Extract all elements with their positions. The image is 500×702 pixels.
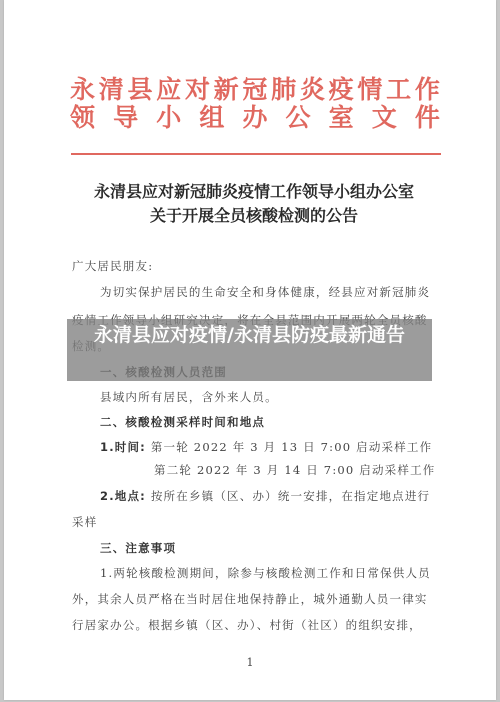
place-label: 2.地点: [100, 489, 146, 503]
section-2-title: 二、核酸检测采样时间和地点 [100, 414, 265, 430]
letterhead-char: 对 [185, 76, 212, 104]
letterhead-char: 件 [415, 104, 442, 132]
notice-title-line-1: 永清县应对新冠肺炎疫情工作领导小组办公室 [54, 181, 454, 203]
caption-text: 永清县应对疫情/永清县防疫最新通告 [67, 323, 432, 347]
letterhead-char: 小 [156, 104, 183, 132]
letterhead-char: 办 [242, 104, 269, 132]
letterhead-char: 应 [156, 76, 183, 104]
time-row-1: 1.时间: 第一轮 2022 年 3 月 13 日 7:00 启动采样工作 [100, 439, 432, 455]
section-3-title: 三、注意事项 [100, 540, 176, 556]
letterhead-char: 新 [214, 76, 241, 104]
letterhead-char: 清 [99, 76, 126, 104]
letterhead-char: 炎 [300, 76, 327, 104]
place-text: 按所在乡镇（区、办）统一安排，在指定地点进行 [151, 489, 430, 503]
letterhead-line-2: 领 导 小 组 办 公 室 文 件 [70, 104, 442, 132]
time-round-1: 第一轮 2022 年 3 月 13 日 7:00 启动采样工作 [151, 440, 432, 454]
letterhead-char: 室 [329, 104, 356, 132]
caption-overlay: 永清县应对疫情/永清县防疫最新通告 [67, 319, 432, 381]
letterhead-char: 文 [372, 104, 399, 132]
letterhead-char: 作 [415, 76, 442, 104]
time-label: 1.时间: [100, 440, 146, 454]
letterhead-char: 县 [127, 76, 154, 104]
letterhead-char: 工 [386, 76, 413, 104]
letterhead-char: 肺 [271, 76, 298, 104]
letterhead-divider [71, 153, 441, 155]
note-1-line-2: 外，其余人员严格在当时居住地保持静止，城外通勤人员一律实 [72, 591, 428, 607]
page-number: 1 [0, 656, 500, 669]
note-1-line-3: 行居家办公。根据乡镇（区、办）、村街（社区）的组织安排， [72, 617, 422, 633]
intro-line-1: 为切实保护居民的生命安全和身体健康，经县应对新冠肺炎 [100, 284, 430, 300]
letterhead-char: 情 [357, 76, 384, 104]
place-text-cont: 采样 [72, 514, 97, 530]
section-1-text: 县域内所有居民，含外来人员。 [100, 389, 278, 405]
letterhead-char: 冠 [242, 76, 269, 104]
salutation: 广大居民朋友: [72, 258, 153, 274]
notice-title-line-2: 关于开展全员核酸检测的公告 [54, 205, 454, 227]
time-round-2: 第二轮 2022 年 3 月 14 日 7:00 启动采样工作 [154, 462, 435, 478]
letterhead-char: 组 [199, 104, 226, 132]
letterhead-char: 疫 [329, 76, 356, 104]
note-1-line-1: 1.两轮核酸检测期间，除参与核酸检测工作和日常保供人员 [100, 565, 431, 581]
letterhead-line-1: 永 清 县 应 对 新 冠 肺 炎 疫 情 工 作 [70, 76, 442, 104]
letterhead-char: 公 [286, 104, 313, 132]
letterhead-char: 永 [70, 76, 97, 104]
place-row: 2.地点: 按所在乡镇（区、办）统一安排，在指定地点进行 [100, 488, 430, 504]
letterhead-char: 导 [113, 104, 140, 132]
letterhead-char: 领 [70, 104, 97, 132]
